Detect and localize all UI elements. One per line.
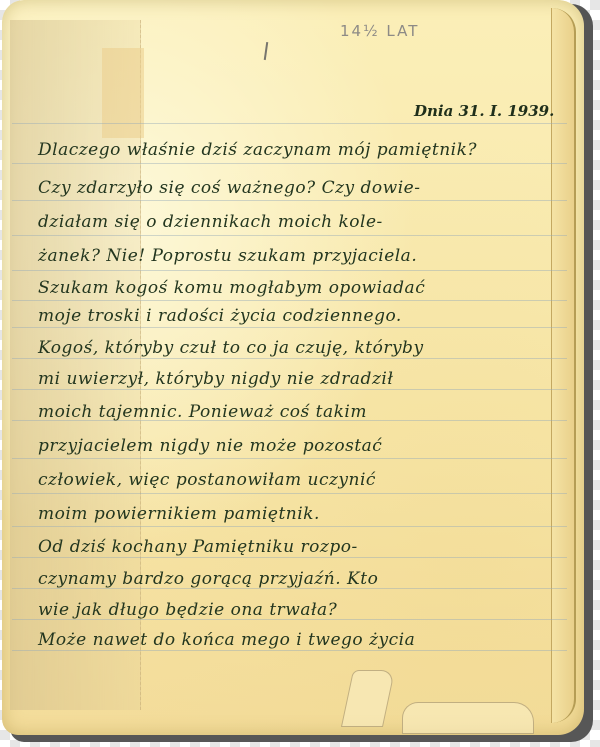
text-line: wie jak długo będzie ona trwała? — [38, 600, 337, 620]
text-line: czynamy bardzo gorącą przyjaźń. Kto — [38, 569, 378, 589]
ruled-line — [12, 327, 567, 328]
page-edge — [551, 8, 576, 723]
text-line: żanek? Nie! Poprostu szukam przyjaciela. — [38, 246, 417, 266]
text-line: Dlaczego właśnie dziś zaczynam mój pamię… — [38, 140, 477, 160]
pencil-mark — [264, 42, 268, 60]
text-line: moich tajemnic. Ponieważ coś takim — [38, 402, 367, 422]
text-line: mi uwierzył, któryby nigdy nie zdradził — [38, 369, 393, 389]
text-line: moje troski i radości życia codziennego. — [38, 306, 402, 326]
ruled-line — [12, 163, 567, 164]
text-line: człowiek, więc postanowiłam uczynić — [38, 470, 376, 490]
ruled-line — [12, 123, 567, 124]
ruled-line — [12, 650, 567, 651]
text-line: Czy zdarzyło się coś ważnego? Czy dowie- — [38, 178, 420, 198]
text-line: Może nawet do końca mego i twego życia — [38, 630, 415, 650]
text-line: moim powiernikiem pamiętnik. — [38, 504, 320, 524]
ruled-line — [12, 235, 567, 236]
ruled-line — [12, 200, 567, 201]
ruled-line — [12, 526, 567, 527]
diary-page: 14½ LAT Dnia 31. I. 1939. Dlaczego właśn… — [2, 0, 584, 735]
ruled-line — [12, 557, 567, 558]
ruled-line — [12, 389, 567, 390]
ruled-line — [12, 458, 567, 459]
ruled-line — [12, 493, 567, 494]
pencil-age-note: 14½ LAT — [340, 22, 419, 40]
paper-tear — [341, 670, 395, 727]
ruled-line — [12, 300, 567, 301]
text-line: Szukam kogoś komu mogłabym opowiadać — [38, 278, 425, 298]
ruled-line — [12, 270, 567, 271]
tape-stain — [102, 48, 144, 138]
ruled-line — [12, 358, 567, 359]
text-line: działam się o dziennikach moich kole- — [38, 212, 383, 232]
text-line: Od dziś kochany Pamiętniku rozpo- — [38, 537, 358, 557]
entry-date: Dnia 31. I. 1939. — [414, 102, 554, 120]
text-line: przyjacielem nigdy nie może pozostać — [38, 436, 382, 456]
text-line: Kogoś, któryby czuł to co ja czuję, któr… — [38, 338, 424, 358]
paper-tear — [402, 702, 534, 734]
